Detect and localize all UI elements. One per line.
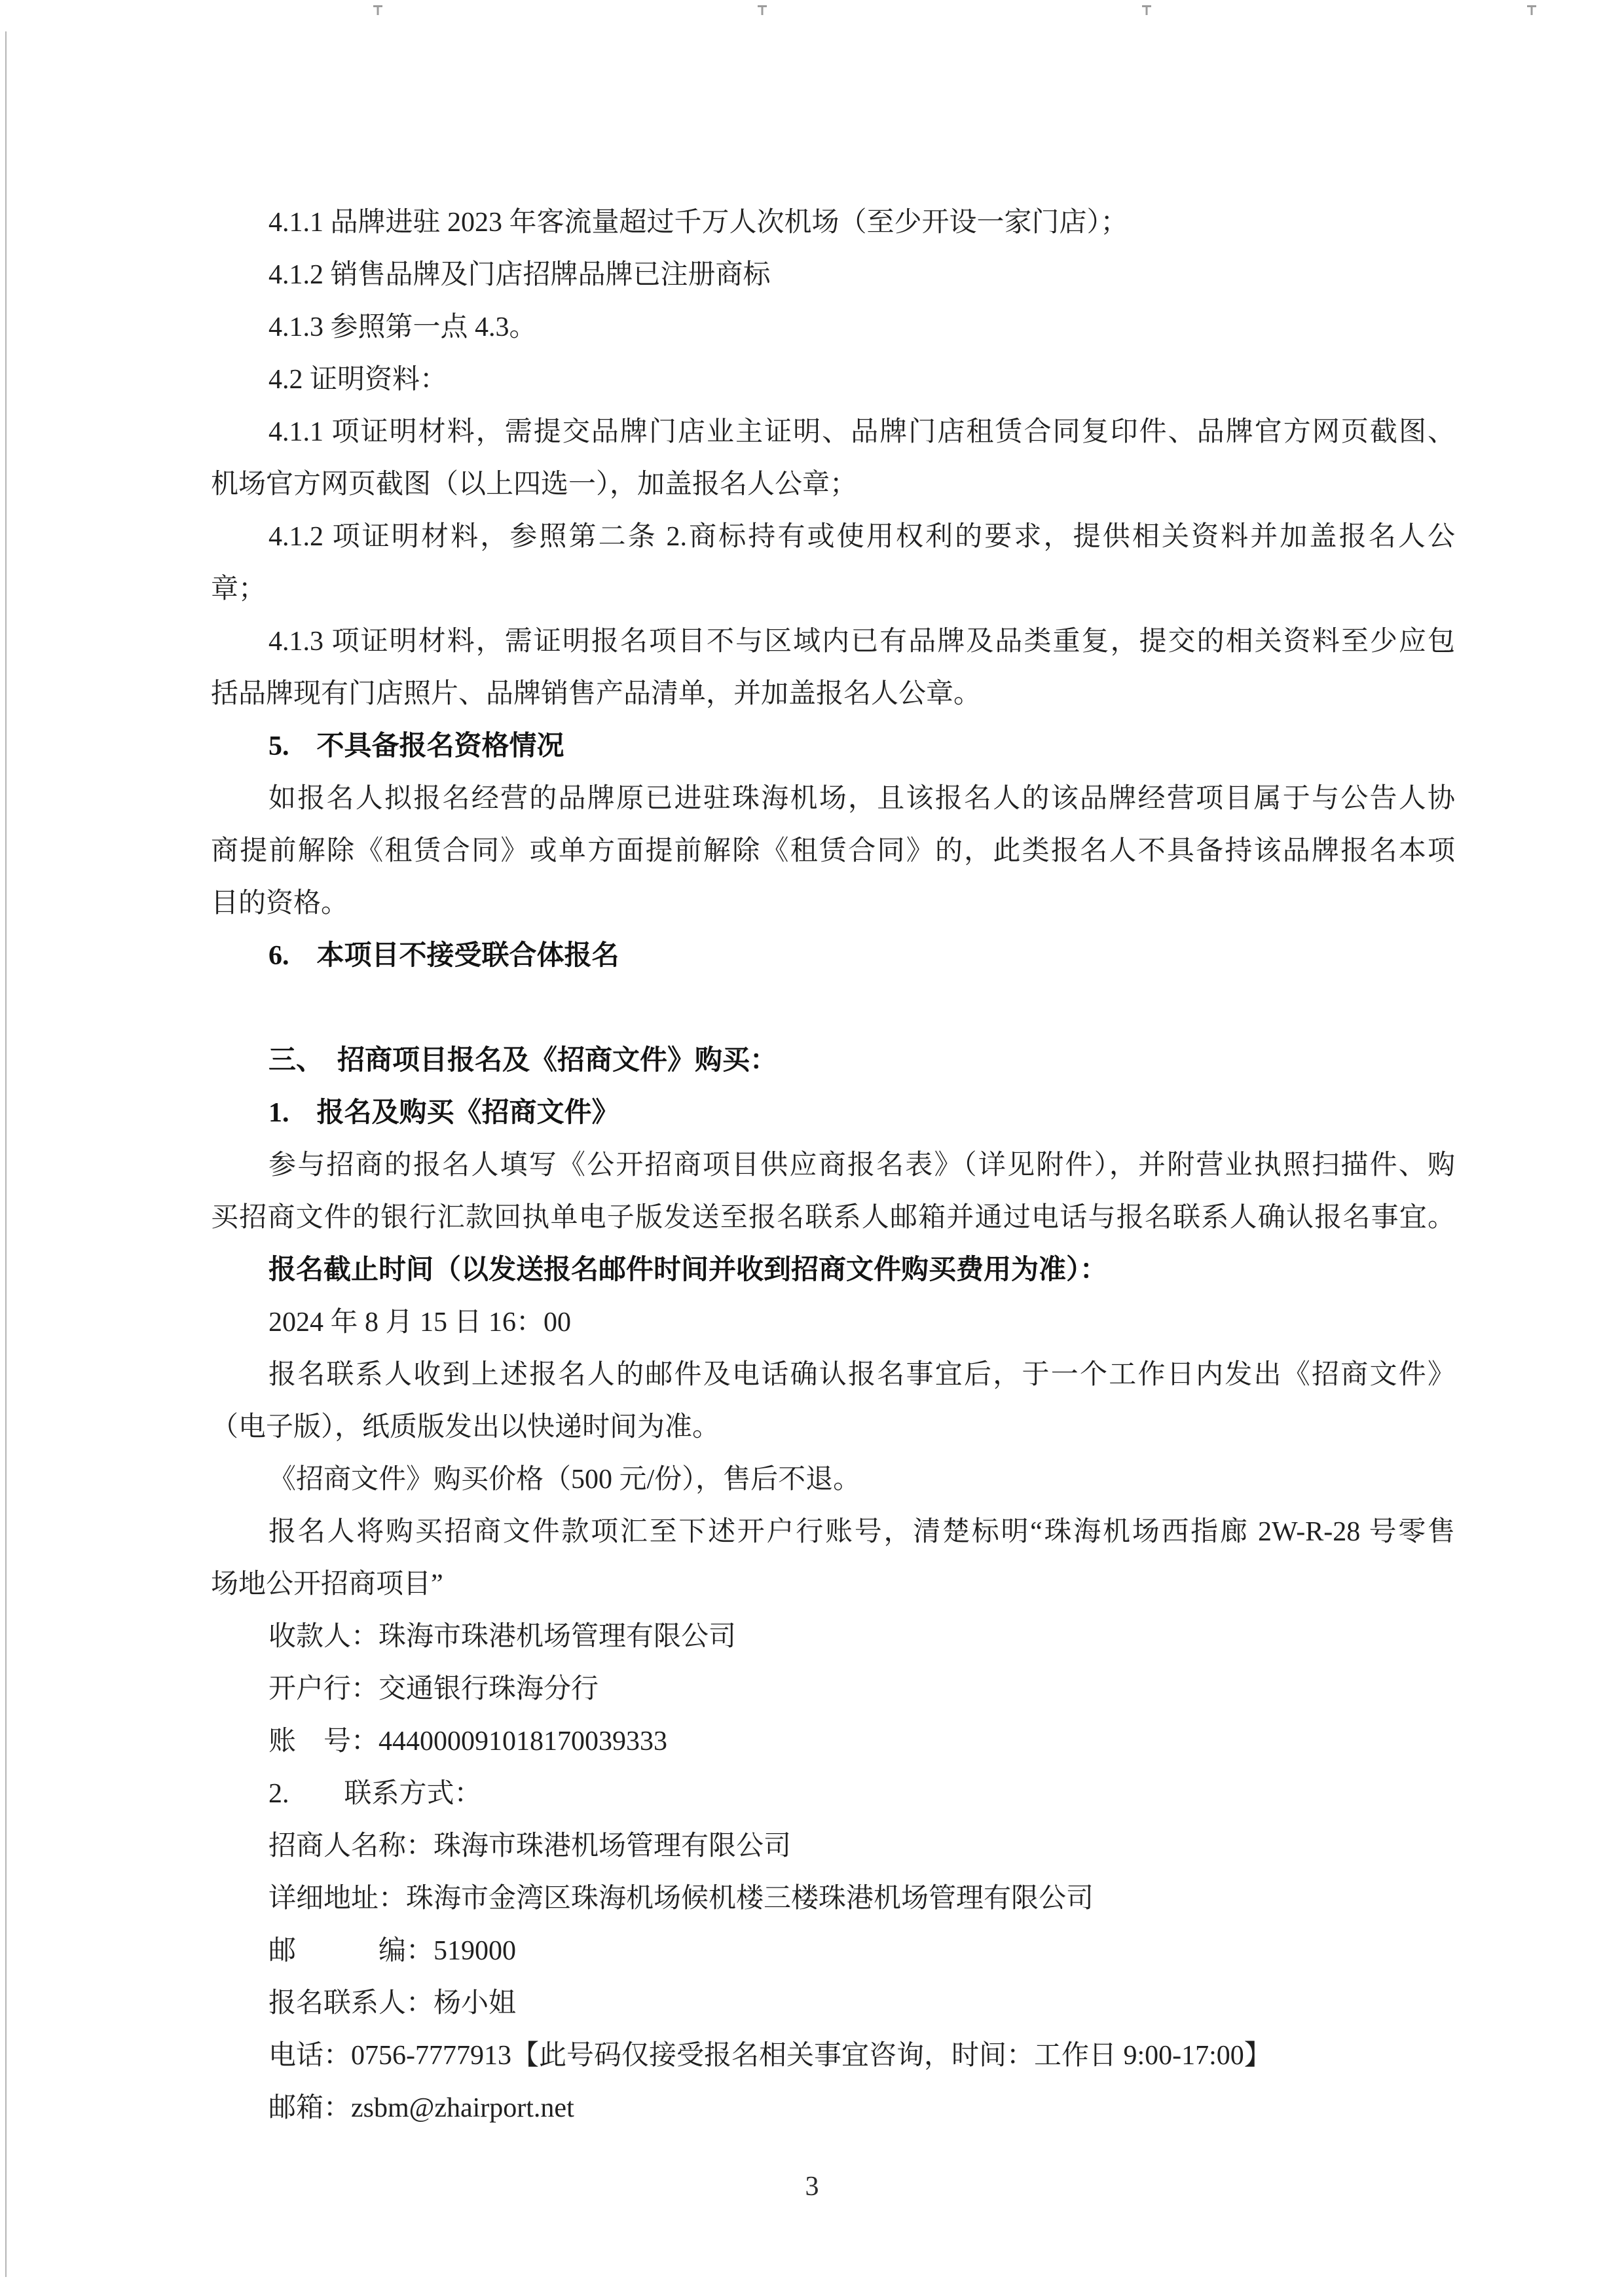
text-line: 2024 年 8 月 15 日 16：00 <box>211 1296 1455 1349</box>
scanned-document-page: 4.1.1 品牌进驻 2023 年客流量超过千万人次机场（至少开设一家门店）； … <box>0 0 1624 2296</box>
text-line: 章； <box>211 563 1455 615</box>
scan-mark <box>758 5 767 17</box>
section-heading: 1. 报名及购买《招商文件》 <box>211 1087 1455 1139</box>
text-line: 目的资格。 <box>211 877 1455 930</box>
text-line: 括品牌现有门店照片、品牌销售产品清单，并加盖报名人公章。 <box>211 668 1455 720</box>
section-heading: 三、 招商项目报名及《招商文件》购买： <box>211 1034 1455 1087</box>
text-line: 机场官方网页截图（以上四选一），加盖报名人公章； <box>211 458 1455 511</box>
text-line: 4.1.1 品牌进驻 2023 年客流量超过千万人次机场（至少开设一家门店）； <box>211 196 1455 249</box>
text-line: 账 号：444000091018170039333 <box>211 1715 1455 1768</box>
text-line: 邮 编：519000 <box>211 1925 1455 1977</box>
text-line: 电话：0756-7777913【此号码仅接受报名相关事宜咨询，时间：工作日 9:… <box>211 2030 1455 2082</box>
text-line: 4.1.2 项证明材料，参照第二条 2.商标持有或使用权利的要求，提供相关资料并… <box>211 511 1455 563</box>
section-heading: 报名截止时间（以发送报名邮件时间并收到招商文件购买费用为准）： <box>211 1244 1455 1296</box>
text-line: 4.1.3 参照第一点 4.3。 <box>211 301 1455 354</box>
scan-mark <box>1527 5 1536 17</box>
page-number: 3 <box>0 2160 1624 2213</box>
text-line: 场地公开招商项目” <box>211 1558 1455 1611</box>
text-line: 4.1.2 销售品牌及门店招牌品牌已注册商标 <box>211 249 1455 301</box>
text-line: 4.2 证明资料： <box>211 354 1455 406</box>
text-line: 2. 联系方式： <box>211 1768 1455 1820</box>
blank-line <box>211 982 1455 1034</box>
text-line: 招商人名称：珠海市珠港机场管理有限公司 <box>211 1820 1455 1872</box>
text-line: 报名联系人收到上述报名人的邮件及电话确认报名事宜后，于一个工作日内发出《招商文件… <box>211 1349 1455 1401</box>
text-line: 4.1.3 项证明材料，需证明报名项目不与区域内已有品牌及品类重复，提交的相关资… <box>211 615 1455 668</box>
text-line: 详细地址：珠海市金湾区珠海机场候机楼三楼珠港机场管理有限公司 <box>211 1872 1455 1925</box>
text-line: 《招商文件》购买价格（500 元/份），售后不退。 <box>211 1453 1455 1506</box>
section-heading: 6. 本项目不接受联合体报名 <box>211 930 1455 982</box>
text-line: 报名人将购买招商文件款项汇至下述开户行账号，清楚标明“珠海机场西指廊 2W-R-… <box>211 1506 1455 1558</box>
text-line: 参与招商的报名人填写《公开招商项目供应商报名表》（详见附件），并附营业执照扫描件… <box>211 1139 1455 1192</box>
text-line: （电子版），纸质版发出以快递时间为准。 <box>211 1401 1455 1453</box>
text-line: 4.1.1 项证明材料，需提交品牌门店业主证明、品牌门店租赁合同复印件、品牌官方… <box>211 406 1455 458</box>
text-line: 开户行：交通银行珠海分行 <box>211 1663 1455 1715</box>
scan-mark <box>1142 5 1151 17</box>
text-line: 买招商文件的银行汇款回执单电子版发送至报名联系人邮箱并通过电话与报名联系人确认报… <box>211 1192 1455 1244</box>
text-line: 商提前解除《租赁合同》或单方面提前解除《租赁合同》的，此类报名人不具备持该品牌报… <box>211 825 1455 877</box>
document-body: 4.1.1 品牌进驻 2023 年客流量超过千万人次机场（至少开设一家门店）； … <box>211 196 1455 2134</box>
text-line: 收款人：珠海市珠港机场管理有限公司 <box>211 1611 1455 1663</box>
section-heading: 5. 不具备报名资格情况 <box>211 720 1455 773</box>
text-line: 如报名人拟报名经营的品牌原已进驻珠海机场，且该报名人的该品牌经营项目属于与公告人… <box>211 773 1455 825</box>
text-line: 报名联系人：杨小姐 <box>211 1977 1455 2030</box>
text-line: 邮箱：zsbm@zhairport.net <box>211 2082 1455 2134</box>
scan-artifact-line <box>5 31 7 2277</box>
scan-mark <box>373 5 382 17</box>
